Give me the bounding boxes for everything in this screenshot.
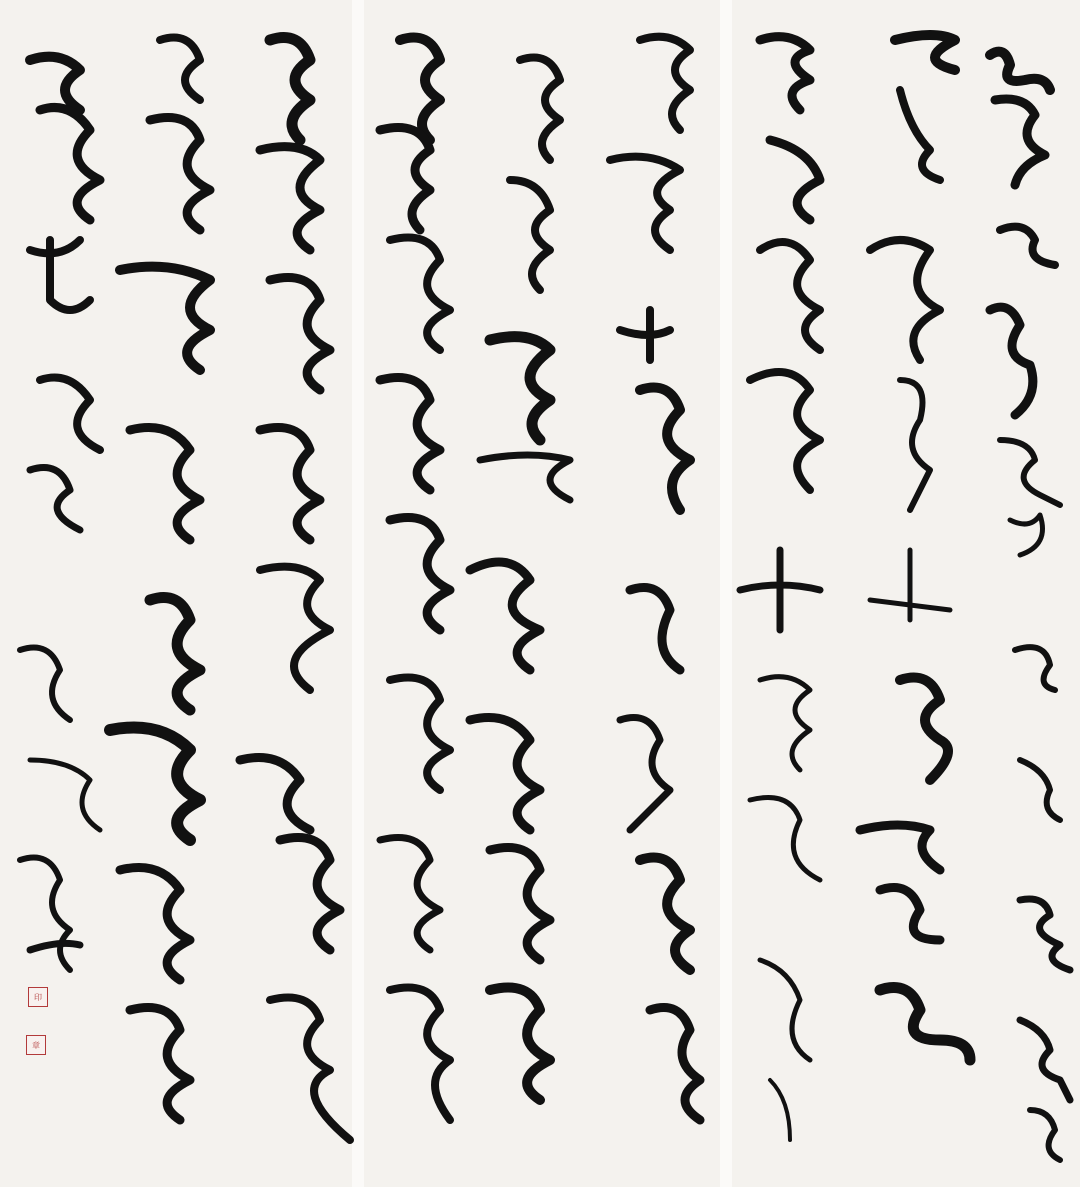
red-seal-stamp: 印 — [28, 987, 48, 1007]
red-seal-stamp: 章 — [26, 1035, 46, 1055]
brush-strokes — [0, 0, 1080, 1187]
